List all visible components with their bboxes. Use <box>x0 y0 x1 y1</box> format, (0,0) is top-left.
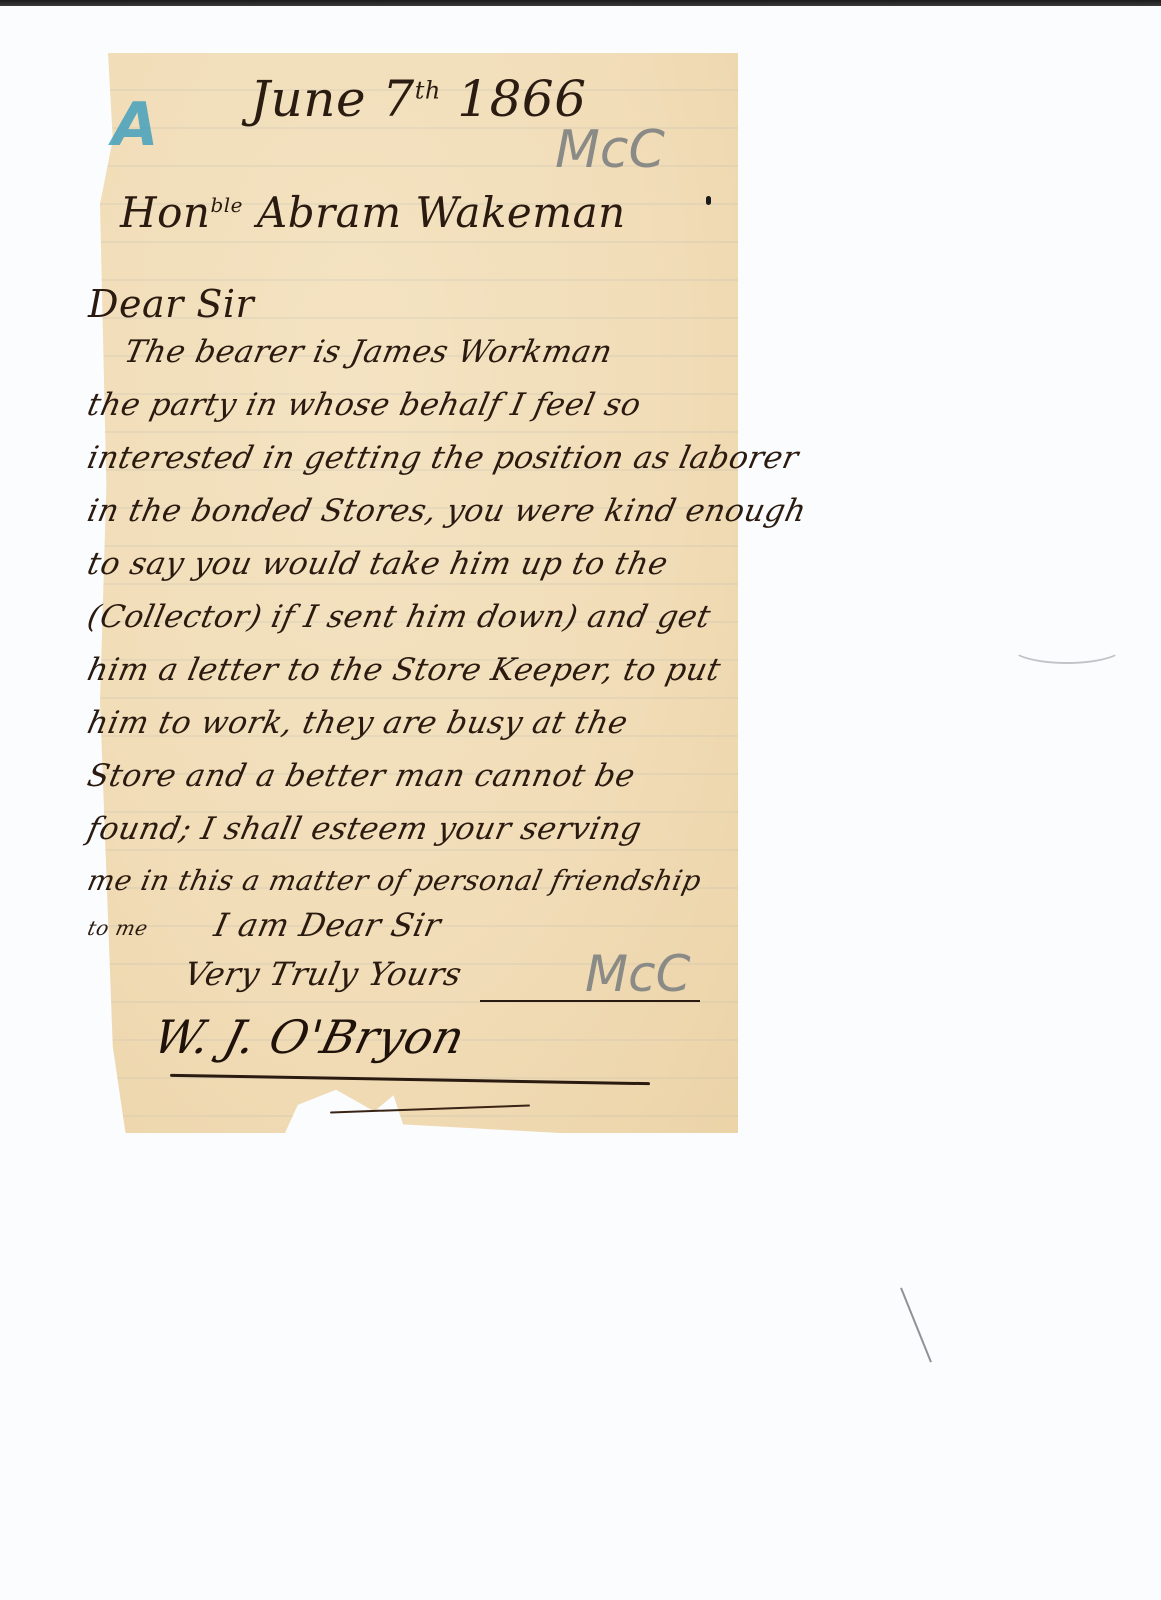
closing-line-1: I am Dear Sir <box>211 906 445 944</box>
scanner-top-edge <box>0 0 1161 6</box>
body-line: (Collector) if I sent him down) and get <box>84 599 714 635</box>
letter-date: June 7th 1866 <box>250 70 587 128</box>
body-line: him a letter to the Store Keeper, to put <box>84 652 724 688</box>
addressee-honorific-sup: ble <box>210 193 243 217</box>
ink-dot <box>706 196 711 205</box>
blue-pencil-mark: A <box>112 90 158 160</box>
body-line: interested in getting the position as la… <box>84 440 802 476</box>
body-line: to say you would take him up to the <box>84 546 671 582</box>
scan-hair-artifact <box>900 1288 932 1363</box>
addressee: Honble Abram Wakeman <box>120 188 626 237</box>
pencil-initials-top: McC <box>555 120 665 180</box>
pencil-initials-bottom: McC <box>585 945 691 1003</box>
body-line: Store and a better man cannot be <box>84 758 638 794</box>
body-line: in the bonded Stores, you were kind enou… <box>84 493 810 529</box>
body-line: him to work, they are busy at the <box>84 705 631 741</box>
body-line: the party in whose behalf I feel so <box>84 387 644 423</box>
addressee-name: Abram Wakeman <box>257 188 626 237</box>
body-line: to me <box>85 916 150 940</box>
addressee-honorific: Hon <box>120 188 210 237</box>
scan-hair-artifact <box>1010 630 1124 664</box>
date-suffix: th <box>415 76 441 104</box>
body-line: The bearer is James Workman <box>121 334 615 370</box>
date-month-day: June 7 <box>250 70 415 128</box>
signature: W. J. O'Bryon <box>148 1010 470 1064</box>
body-line: found; I shall esteem your serving <box>84 811 645 847</box>
salutation: Dear Sir <box>88 282 254 326</box>
closing-line-2: Very Truly Yours <box>181 955 465 993</box>
body-line: me in this a matter of personal friendsh… <box>84 864 704 897</box>
